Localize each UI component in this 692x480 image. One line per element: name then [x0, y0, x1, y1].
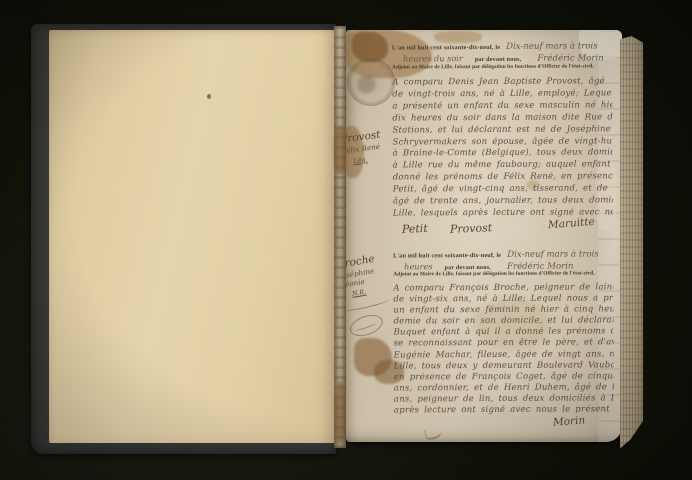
margin-annotation: Broche Joséphine Léonie N.R.: [346, 251, 396, 338]
handwritten-line: de vingt-trois ans, né à Lille, employé;…: [392, 88, 612, 101]
handwritten-line: se reconnaissant pour en être le père, e…: [394, 338, 614, 350]
handwritten-line: Eugénie Machar, fileuse, âgée de vingt a…: [394, 349, 614, 361]
handwritten-date: Dix-neuf mars à trois: [507, 249, 599, 259]
binding-gutter: [334, 26, 346, 448]
act-body: A comparu François Broche, peigneur de l…: [393, 282, 614, 416]
ink-scribble: [424, 427, 443, 441]
header-line-1: L'an mil huit cent soixante-dix-neuf, le…: [393, 249, 613, 260]
signature-officer: Morin: [553, 414, 586, 428]
handwritten-date-cont: heures du soir: [403, 53, 463, 63]
signature: Provost: [449, 221, 492, 236]
fore-edge-pages: [620, 36, 643, 450]
act-entry-1: Provost Félix René Lég. L'an mil huit ce…: [346, 30, 621, 31]
page-content: Provost Félix René Lég. L'an mil huit ce…: [346, 30, 622, 442]
printed-formula-adjoint: Adjoint au Maire de Lille, faisant par d…: [392, 63, 594, 70]
act-entry-2: Broche Joséphine Léonie N.R. L'an mil hu…: [346, 30, 621, 31]
photo-backdrop: Provost Félix René Lég. L'an mil huit ce…: [0, 0, 692, 480]
signature-group-left: Petit Provost: [402, 222, 492, 235]
handwritten-line: Stations, et lui déclarant est né de Jos…: [392, 124, 612, 137]
gutter-stain: [334, 126, 346, 174]
right-page: Provost Félix René Lég. L'an mil huit ce…: [346, 30, 622, 442]
handwritten-officer-name: Frédéric Morin: [537, 53, 604, 63]
margin-annotation: Provost Félix René Lég.: [346, 128, 391, 166]
left-blank-page: [49, 30, 334, 443]
header-line-3: Adjoint au Maire de Lille, faisant par d…: [392, 63, 614, 70]
printed-formula-year: L'an mil huit cent soixante-dix-neuf, le: [392, 44, 500, 52]
header-line-3: Adjoint au Maire de Lille, faisant par d…: [393, 270, 615, 277]
header-line-1: L'an mil huit cent soixante-dix-neuf, le…: [392, 41, 612, 52]
illegible-margin-mark: [346, 296, 390, 312]
handwritten-line: Lille, tous deux y demeurant Boulevard V…: [394, 360, 614, 372]
handwritten-line: A comparu Denis Jean Baptiste Provost, â…: [392, 76, 612, 89]
act-body: A comparu Denis Jean Baptiste Provost, â…: [392, 76, 613, 220]
printed-formula-year: L'an mil huit cent soixante-dix-neuf, le: [393, 252, 501, 260]
signature-officer: Maruitte: [548, 216, 596, 231]
gutter-stain: [335, 382, 346, 442]
handwritten-line: en présence de François Coget, âgé de ci…: [394, 371, 614, 383]
signature: Petit: [402, 222, 428, 236]
printed-formula-adjoint: Adjoint au Maire de Lille, faisant par d…: [393, 270, 595, 277]
handwritten-line: dix heures du soir dans la maison dite R…: [392, 112, 612, 125]
printed-formula-devant-nous: par devant nous,: [475, 56, 522, 63]
paper-speck: [207, 94, 211, 99]
handwritten-date: Dix-neuf mars à trois: [506, 41, 598, 51]
paraph-flourish: [347, 311, 385, 340]
handwritten-date-cont: heures: [404, 261, 432, 271]
handwritten-line: a présenté un enfant du sexe masculin né…: [392, 100, 612, 113]
